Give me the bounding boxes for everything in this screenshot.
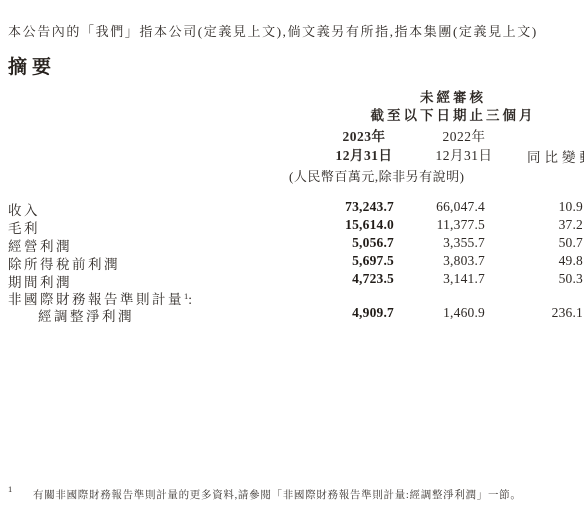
value-2023: 73,243.7 [270,199,394,215]
period-label: 截至以下日期止三個月 [320,107,584,125]
column-2023-year: 2023年 [325,127,403,146]
value-2022: 3,803.7 [398,253,485,269]
yoy-column-header: 同比變動 [527,146,584,166]
value-yoy: 50.3 [498,271,583,287]
value-yoy: 37.2 [498,217,583,233]
value-2023: 15,614.0 [270,217,394,233]
table-row-non-ifrs-heading: 非國際財務報告準則計量1: [0,288,584,306]
value-yoy: 49.8 [498,253,583,269]
column-2022-date: 12月31日 [425,146,503,165]
row-label: 除所得稅前利潤 [8,253,120,273]
table-row-adjusted-net-profit: 經調整淨利潤 4,909.7 1,460.9 236.1 [0,305,584,323]
currency-unit-note: (人民幣百萬元,除非另有說明) [289,166,464,185]
table-row-revenue: 收入 73,243.7 66,047.4 10.9 [0,199,584,217]
unaudited-label: 未經審核 [320,89,584,107]
value-yoy: 50.7 [498,235,583,251]
column-2022-header: 2022年 12月31日 [425,127,503,165]
value-yoy: 236.1 [498,305,583,321]
announcement-page: 本公告內的「我們」指本公司(定義見上文),倘文義另有所指,指本集團(定義見上文)… [0,0,584,512]
table-row-profit-for-period: 期間利潤 4,723.5 3,141.7 50.3 [0,271,584,289]
table-row-operating-profit: 經營利潤 5,056.7 3,355.7 50.7 [0,235,584,253]
value-2022: 3,141.7 [398,271,485,287]
value-2022: 1,460.9 [398,305,485,321]
table-header-group: 未經審核 截至以下日期止三個月 [320,89,584,125]
table-row-profit-before-tax: 除所得稅前利潤 5,697.5 3,803.7 49.8 [0,253,584,271]
footnote-text: 有關非國際財務報告準則計量的更多資料,請參閱「非國際財務報告準則計量:經調整淨利… [33,487,522,502]
footnote-marker: 1 [8,484,12,494]
column-2023-header: 2023年 12月31日 [325,127,403,165]
column-2022-year: 2022年 [425,127,503,146]
row-label: 毛利 [8,217,40,237]
section-title: 摘要 [8,52,56,79]
value-2023: 4,723.5 [270,271,394,287]
value-2023: 4,909.7 [270,305,394,321]
value-2022: 66,047.4 [398,199,485,215]
value-yoy: 10.9 [498,199,583,215]
value-2022: 3,355.7 [398,235,485,251]
row-label: 收入 [8,199,40,219]
column-2023-date: 12月31日 [325,146,403,165]
value-2023: 5,697.5 [270,253,394,269]
intro-paragraph: 本公告內的「我們」指本公司(定義見上文),倘文義另有所指,指本集團(定義見上文) [8,21,538,40]
row-label: 經調整淨利潤 [38,305,134,325]
value-2022: 11,377.5 [398,217,485,233]
row-label: 經營利潤 [8,235,72,255]
table-row-gross-profit: 毛利 15,614.0 11,377.5 37.2 [0,217,584,235]
value-2023: 5,056.7 [270,235,394,251]
